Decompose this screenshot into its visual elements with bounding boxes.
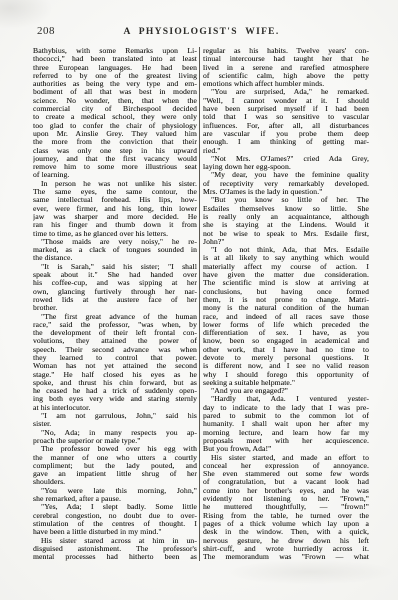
text-line: not be wise to speak to Mrs. Esdaile fir…	[203, 230, 369, 238]
text-line: "I am not garrulous, John," said his	[33, 412, 197, 420]
text-line: rowed lids at the austere face of her	[33, 296, 197, 304]
text-line: enough. I am thinking of getting mar-	[203, 138, 369, 146]
column-divider-rule	[199, 47, 200, 561]
book-page: 208 A PHYSIOLOGIST'S WIFE. Bathybius, wi…	[0, 0, 398, 600]
running-title: A PHYSIOLOGIST'S WIFE.	[37, 26, 366, 38]
page-body: Bathybius, with some Remarks upon Li-tho…	[33, 47, 369, 563]
text-column-left: Bathybius, with some Remarks upon Li-tho…	[33, 47, 197, 563]
text-line: mental processes had hitherto been as	[33, 553, 197, 561]
text-line: The memorandum was "Frown — what	[203, 553, 369, 561]
page-header: 208 A PHYSIOLOGIST'S WIFE.	[37, 25, 366, 38]
text-column-right: regular as his habits. Twelve years' con…	[203, 47, 369, 563]
